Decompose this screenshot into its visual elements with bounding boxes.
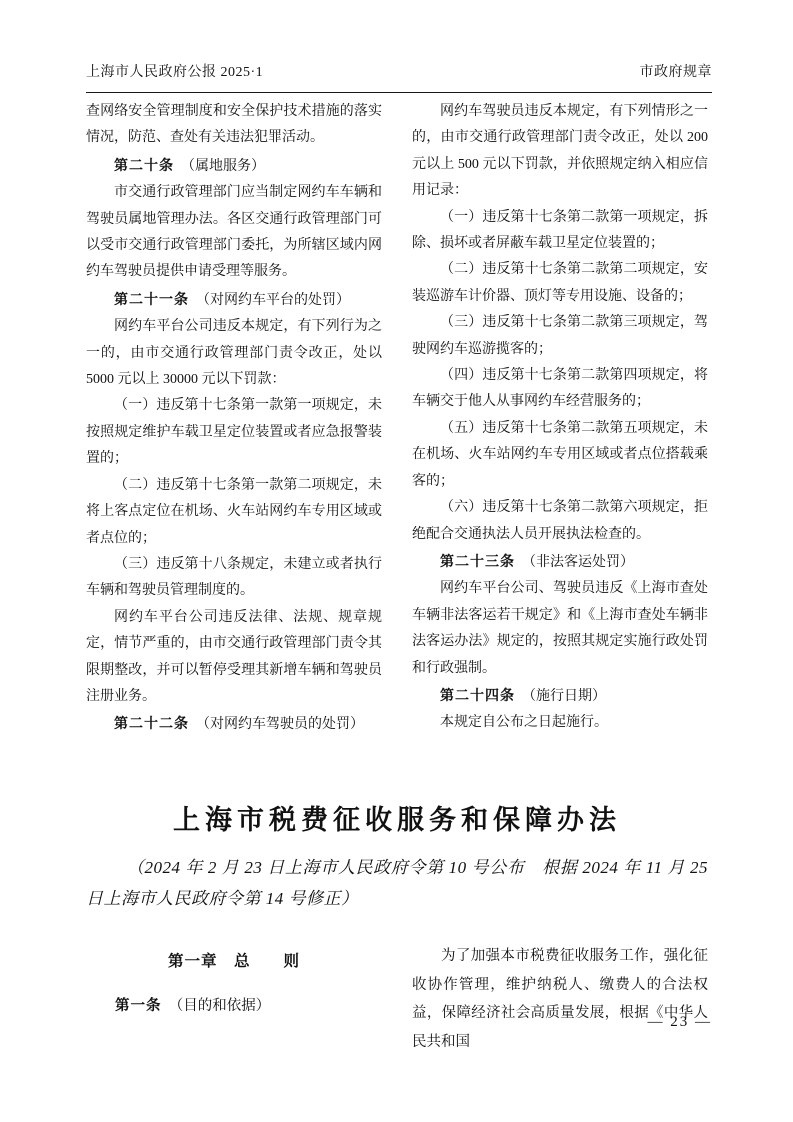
article-number: 第一条 — [115, 998, 162, 1014]
body-paragraph: 网约车平台公司违反本规定，有下列行为之一的，由市交通行政管理部门责令改正，处以 … — [86, 314, 382, 393]
body-paragraph: 查网络安全管理制度和安全保护技术措施的落实情况，防范、查处有关违法犯罪活动。 — [86, 99, 382, 152]
header-gazette-title: 上海市人民政府公报 2025·1 — [86, 61, 263, 81]
body-paragraph: （二）违反第十七条第一款第二项规定，未将上客点定位在机场、火车站网约车专用区域或… — [86, 473, 382, 552]
article-heading: 第二十三条 （非法客运处罚） — [412, 548, 708, 576]
left-column-bottom: 第一章 总 则 第一条 （目的和依据） — [86, 936, 382, 1056]
tax-regulation-body-section: 第一章 总 则 第一条 （目的和依据） 为了加强本市税费征收服务工作，强化征收协… — [86, 936, 708, 1056]
article-number: 第二十条 — [114, 157, 174, 173]
body-paragraph: （二）违反第十七条第二款第二项规定，安装巡游车计价器、顶灯等专用设施、设备的； — [412, 257, 708, 310]
page-footer: — 23 — — [86, 1014, 712, 1031]
body-paragraph: 网约车驾驶员违反本规定，有下列情形之一的，由市交通行政管理部门责令改正，处以 2… — [412, 99, 708, 205]
page-number: — 23 — — [648, 1014, 713, 1030]
body-paragraph: （四）违反第十七条第二款第四项规定，将车辆交于他人从事网约车经营服务的； — [412, 363, 708, 416]
article-heading: 第二十一条 （对网约车平台的处罚） — [86, 286, 382, 314]
right-column: 网约车驾驶员违反本规定，有下列情形之一的，由市交通行政管理部门责令改正，处以 2… — [412, 99, 708, 739]
article-heading: 第二十条 （属地服务） — [86, 152, 382, 180]
body-paragraph: （一）违反第十七条第二款第一项规定，拆除、损坏或者屏蔽车载卫星定位装置的； — [412, 205, 708, 258]
article-number: 第二十三条 — [440, 553, 515, 569]
promulgation-note: （2024 年 2 月 23 日上海市人民政府令第 10 号公布 根据 2024… — [86, 853, 708, 914]
right-column-bottom: 为了加强本市税费征收服务工作，强化征收协作管理，维护纳税人、缴费人的合法权益，保… — [412, 936, 708, 1056]
body-paragraph: 网约车平台公司、驾驶员违反《上海市查处车辆非法客运若干规定》和《上海市查处车辆非… — [412, 576, 708, 682]
article-number: 第二十一条 — [114, 291, 189, 307]
body-paragraph: （三）违反第十八条规定，未建立或者执行车辆和驾驶员管理制度的。 — [86, 552, 382, 605]
tax-regulation-title: 上海市税费征收服务和保障办法 — [86, 800, 708, 840]
body-paragraph: （三）违反第十七条第二款第三项规定，驾驶网约车巡游揽客的； — [412, 310, 708, 363]
gazette-page: 上海市人民政府公报 2025·1 市政府规章 查网络安全管理制度和安全保护技术措… — [0, 0, 793, 1122]
body-paragraph: 为了加强本市税费征收服务工作，强化征收协作管理，维护纳税人、缴费人的合法权益，保… — [412, 942, 708, 1056]
body-paragraph: （六）违反第十七条第二款第六项规定，拒绝配合交通执法人员开展执法检查的。 — [412, 495, 708, 548]
body-paragraph: 本规定自公布之日起施行。 — [412, 710, 708, 736]
header-rule — [86, 92, 712, 93]
body-paragraph: （五）违反第十七条第二款第五项规定，未在机场、火车站网约车专用区域或者点位搭载乘… — [412, 416, 708, 495]
article-heading: 第二十四条 （施行日期） — [412, 682, 708, 710]
article-number: 第二十四条 — [440, 687, 515, 703]
page-header: 上海市人民政府公报 2025·1 市政府规章 — [86, 61, 712, 81]
body-paragraph: 网约车平台公司违反法律、法规、规章规定，情节严重的，由市交通行政管理部门责令其限… — [86, 605, 382, 711]
ride-hailing-regulation-end-section: 查网络安全管理制度和安全保护技术措施的落实情况，防范、查处有关违法犯罪活动。第二… — [86, 99, 708, 739]
body-paragraph: （一）违反第十七条第一款第一项规定，未按照规定维护车载卫星定位装置或者应急报警装… — [86, 393, 382, 472]
body-paragraph: 市交通行政管理部门应当制定网约车车辆和驾驶员属地管理办法。各区交通行政管理部门可… — [86, 180, 382, 286]
article-number: 第二十二条 — [114, 715, 189, 731]
chapter-heading: 第一章 总 则 — [86, 948, 382, 975]
header-section-label: 市政府规章 — [640, 61, 713, 81]
article-heading: 第二十二条 （对网约车驾驶员的处罚） — [86, 710, 382, 738]
left-column: 查网络安全管理制度和安全保护技术措施的落实情况，防范、查处有关违法犯罪活动。第二… — [86, 99, 382, 739]
